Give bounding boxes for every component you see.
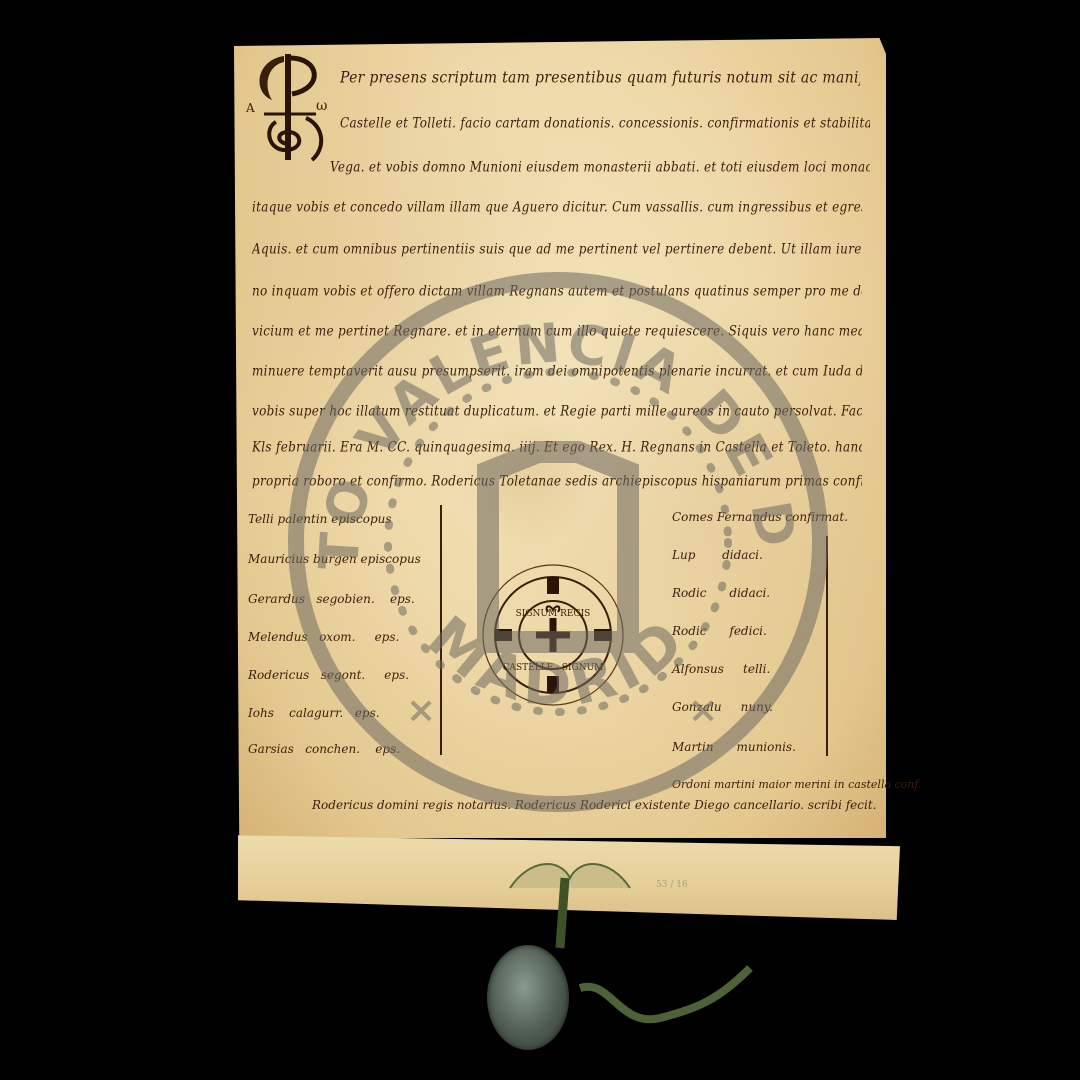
text-line-2: Castelle et Tolleti. facio cartam donati… bbox=[340, 115, 870, 131]
text-line-10: Kls februarii. Era M. CC. quinquagesima.… bbox=[252, 439, 862, 455]
signatory-right-8: Ordoni martini maior merini in castella … bbox=[672, 778, 922, 791]
text-line-7: vicium et me pertinet Regnare. et in ete… bbox=[252, 323, 862, 339]
signatory-right-6: Gonzalu nuny. bbox=[672, 700, 773, 714]
royal-rota-icon: SIGNUM REGIS CASTELLE · SIGNUM bbox=[478, 560, 628, 710]
signatory-left-5: Rodericus segont. eps. bbox=[248, 668, 409, 682]
text-line-8: minuere temptaverit ausu presumpserit. i… bbox=[252, 363, 862, 379]
signatory-right-5: Alfonsus telli. bbox=[672, 662, 770, 676]
signatory-left-4: Melendus oxom. eps. bbox=[248, 630, 399, 644]
text-line-4: itaque vobis et concedo villam illam que… bbox=[252, 199, 862, 215]
svg-text:SIGNUM REGIS: SIGNUM REGIS bbox=[516, 609, 591, 619]
signatory-right-7: Martin munionis. bbox=[672, 740, 796, 754]
signatory-left-2: Mauricius burgen episcopus bbox=[248, 552, 421, 566]
notary-line: Rodericus domini regis notarius. Roderic… bbox=[312, 798, 876, 812]
text-line-9: vobis super hoc illatum restituat duplic… bbox=[252, 403, 862, 419]
signatory-right-3: Rodic didaci. bbox=[672, 586, 770, 600]
svg-text:CASTELLE · SIGNUM: CASTELLE · SIGNUM bbox=[503, 663, 604, 673]
omega-mark: ω bbox=[316, 98, 327, 114]
text-line-3: Vega. et vobis domno Munioni eiusdem mon… bbox=[330, 159, 870, 175]
signatory-right-4: Rodic fedici. bbox=[672, 624, 767, 638]
text-line-5: Aquis. et cum omnibus pertinentiis suis … bbox=[252, 241, 862, 257]
right-column-rule bbox=[826, 536, 828, 756]
signatory-left-7: Garsias conchen. eps. bbox=[248, 742, 400, 756]
signatory-left-3: Gerardus segobien. eps. bbox=[248, 592, 415, 606]
text-line-11: propria roboro et confirmo. Rodericus To… bbox=[252, 473, 862, 489]
signatory-left-1: Telli palentin episcopus bbox=[248, 512, 392, 526]
signatory-right-2: Lup didaci. bbox=[672, 548, 763, 562]
text-line-1: Per presens scriptum tam presentibus qua… bbox=[340, 69, 860, 87]
signatory-right-1: Comes Fernandus confirmat. bbox=[672, 510, 848, 524]
left-column-rule bbox=[440, 505, 442, 755]
signatory-left-6: Iohs calagurr. eps. bbox=[248, 706, 380, 720]
chrismon-monogram-icon: A ω bbox=[246, 52, 336, 164]
hanging-seal-icon bbox=[487, 945, 569, 1050]
alpha-mark: A bbox=[246, 101, 255, 115]
text-line-6: no inquam vobis et offero dictam villam … bbox=[252, 283, 862, 299]
